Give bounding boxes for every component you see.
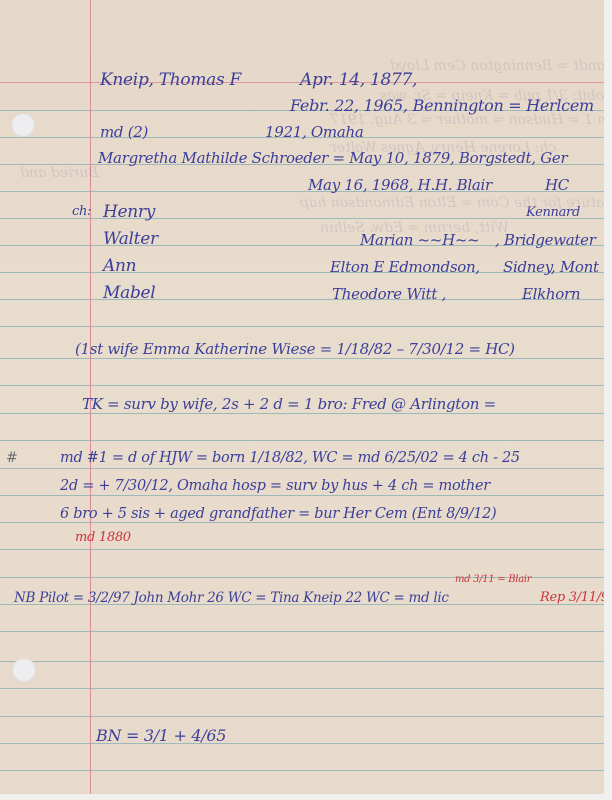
- first-wife-note: (1st wife Emma Katherine Wiese = 1/18/82…: [75, 340, 515, 358]
- children-label: ch:: [72, 204, 91, 219]
- nb-line: NB Pilot = 3/2/97 John Mohr 26 WC = Tina…: [14, 590, 449, 606]
- bleed-through-text: Buried and: [20, 165, 99, 181]
- marriage-year-place: 1921, Omaha: [265, 123, 363, 141]
- ruled-paper: Emil Brandt = Bennington Cem Lloyd obit:…: [0, 0, 604, 794]
- child-name: Henry: [103, 202, 155, 222]
- scan-edge-bottom: [0, 794, 612, 800]
- death-date-place: Febr. 22, 1965, Bennington = Herlcem: [290, 96, 594, 115]
- child-name: Mabel: [103, 283, 155, 303]
- child-spouse: Elton E Edmondson,: [330, 258, 480, 276]
- survived-by-note: TK = surv by wife, 2s + 2 d = 1 bro: Fre…: [82, 395, 496, 413]
- red-annotation-inline: Rep 3/11/97: [540, 590, 604, 605]
- child-place: Elkhorn: [522, 285, 580, 303]
- pencil-mark: #: [6, 450, 18, 466]
- spouse-death-note: HC: [545, 176, 569, 194]
- note-line-1: md #1 = d of HJW = born 1/18/82, WC = md…: [60, 450, 520, 466]
- note-line-2: 2d = + 7/30/12, Omaha hosp = surv by hus…: [60, 478, 490, 494]
- red-annotation: md 1880: [75, 530, 131, 545]
- child-name: Walter: [103, 229, 158, 249]
- child-spouse: Theodore Witt ,: [332, 285, 446, 303]
- red-annotation-top: md 3/11 = Blair: [455, 574, 531, 585]
- spouse-name-birth: Margretha Mathilde Schroeder = May 10, 1…: [98, 149, 567, 167]
- child-place: Sidney, Mont: [503, 258, 599, 276]
- name-heading: Kneip, Thomas F: [100, 70, 241, 90]
- bleed-through-text: Emil Brandt = Bennington Cem Lloyd: [390, 58, 604, 74]
- spouse-death: May 16, 1968, H.H. Blair: [308, 176, 492, 194]
- child-place: Kennard: [526, 205, 580, 220]
- punch-hole-top: [11, 113, 35, 137]
- birth-date: Apr. 14, 1877,: [300, 70, 417, 90]
- child-place: , Bridgewater: [495, 231, 596, 249]
- footer-note: BN = 3/1 + 4/65: [96, 726, 226, 745]
- child-name: Ann: [103, 256, 136, 276]
- marriage-label: md (2): [100, 123, 148, 141]
- scan-edge-right: [604, 0, 612, 800]
- note-line-3: 6 bro + 5 sis + aged grandfather = bur H…: [60, 506, 496, 522]
- punch-hole-bottom: [12, 658, 36, 682]
- child-spouse: Marian ~~H~~: [360, 231, 479, 249]
